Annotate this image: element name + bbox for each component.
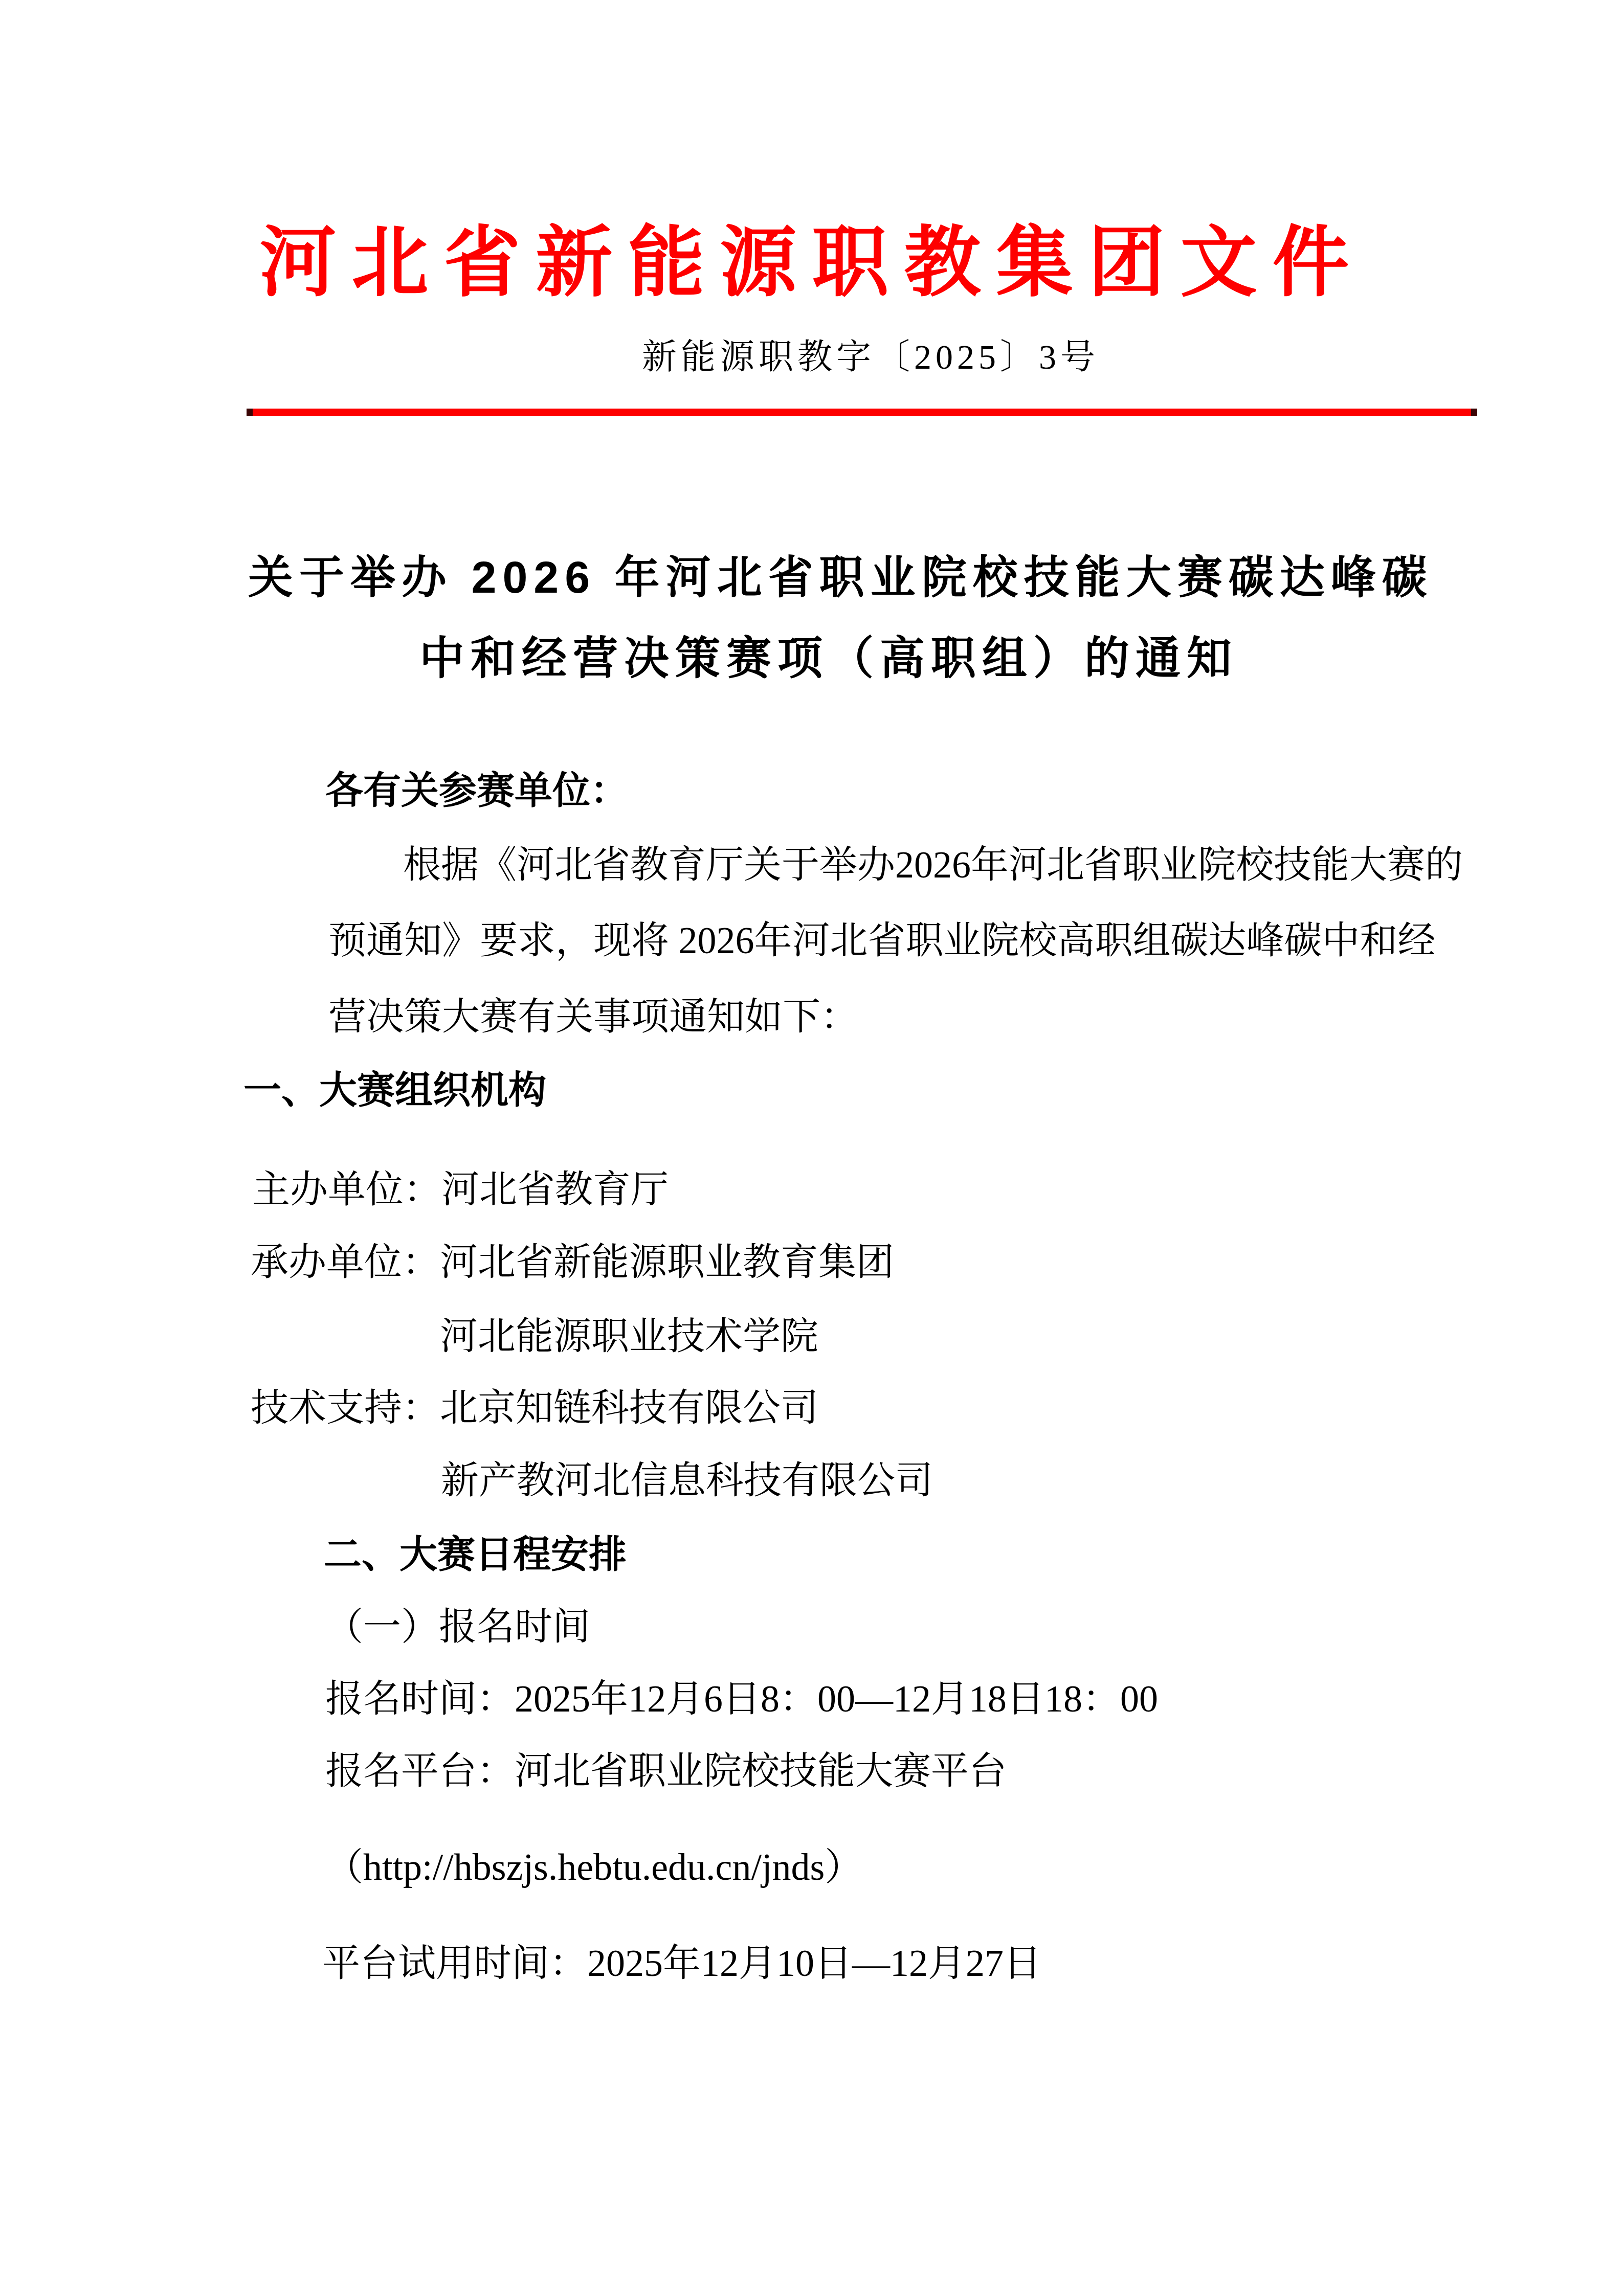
registration-platform-line: 报名平台：河北省职业院校技能大赛平台 [325,1752,1007,1790]
tech-support-line-2: 新产教河北信息科技有限公司 [441,1462,933,1500]
red-divider-line [247,409,1477,416]
intro-line-1: 根据《河北省教育厅关于举办2026年河北省职业院校技能大赛的 [403,846,1463,884]
intro-line-3: 营决策大赛有关事项通知如下： [328,998,858,1036]
subsection-registration-time-title: （一）报名时间 [325,1608,590,1646]
intro-line-2: 预通知》要求，现将 2026年河北省职业院校高职组碳达峰碳中和经 [328,922,1436,960]
notice-title-line1: 关于举办 2026 年河北省职业院校技能大赛碳达峰碳 [248,537,1409,618]
letterhead-org-title: 河北省新能源职教集团文件 [0,225,1624,302]
notice-title-line2: 中和经营决策赛项（高职组）的通知 [248,618,1409,699]
organizer-unit-line-1: 承办单位：河北省新能源职业教育集团 [251,1244,894,1281]
document-page: { "colors": { "header_red": "#fe0000" },… [0,0,1624,2296]
trial-time-line: 平台试用时间：2025年12月10日—12月27日 [322,1945,1041,1983]
platform-url-line: （http://hbszjs.hebtu.edu.cn/jnds） [325,1849,862,1886]
letterhead-doc-number: 新能源职教字〔2025〕3号 [642,340,1099,374]
salutation: 各有关参赛单位： [325,772,628,809]
section-1-heading: 一、大赛组织机构 [243,1071,546,1109]
registration-time-line: 报名时间：2025年12月6日8：00—12月18日18：00 [325,1680,1158,1718]
section-2-heading: 二、大赛日程安排 [324,1536,627,1573]
tech-support-line-1: 技术支持：北京知链科技有限公司 [251,1389,818,1427]
host-unit-line: 主办单位：河北省教育厅 [252,1171,669,1209]
notice-title: 关于举办 2026 年河北省职业院校技能大赛碳达峰碳 中和经营决策赛项（高职组）… [248,537,1409,699]
organizer-unit-line-2: 河北能源职业技术学院 [440,1318,818,1356]
